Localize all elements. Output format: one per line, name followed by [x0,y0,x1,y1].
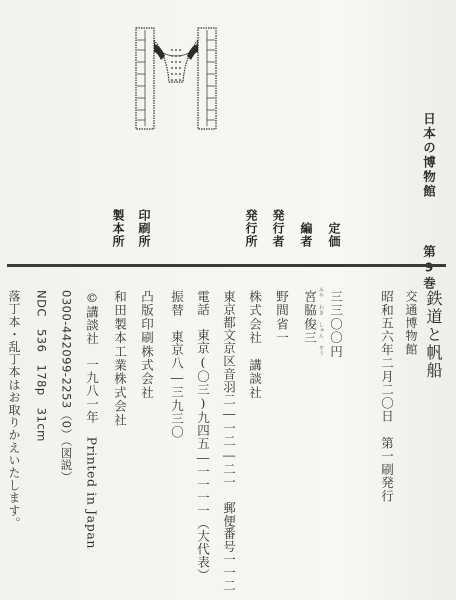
price-value: 三三〇〇円 [329,290,342,359]
publisher-address: 東京都文京区音羽二―一二―二一 郵便番号一一二 [222,290,235,592]
building-floor-plan-icon [133,26,219,134]
printer-name: 凸版印刷株式会社 [140,290,153,400]
volume-number: 第9巻 [422,245,437,291]
label-editor: 編者 [300,222,312,248]
museum-name: 交通博物館 [405,290,417,356]
publisher-person-name: 野間省一 [275,290,288,345]
divider-rule [7,264,446,267]
publisher-company: 株式会社 講談社 [248,290,261,400]
editor-name: 宮脇俊三 [303,290,316,345]
publisher-transfer: 振替 東京八―三九三〇 [170,290,183,439]
publisher-phone: 電話 東京(〇三)九四五―一一一一（大代表） [196,290,209,581]
replacement-notice: 落丁本・乱丁本はお取りかえいたします。 [8,290,20,529]
binder-name: 和田製本工業株式会社 [113,290,126,427]
book-title: 鉄道と帆船 [425,290,441,380]
ndc-classification: NDC 536 178p 31cm [35,290,47,442]
editor-furigana: みや わき しゅん ぞう [318,287,323,356]
label-publisher-person: 発行者 [272,209,284,248]
isbn-code: 0300-442099-2253（0）（図説） [60,290,72,483]
label-publisher-office: 発行所 [245,209,257,248]
label-printer: 印刷所 [138,209,150,248]
series-name: 日本の博物館 [422,112,437,199]
label-binder: 製本所 [112,209,124,248]
label-price: 定価 [328,222,340,248]
copyright-line: ©講談社 一九八一年 Printed in Japan [85,290,98,549]
edition-date: 昭和五六年二月二〇日 第一刷発行 [380,290,393,503]
